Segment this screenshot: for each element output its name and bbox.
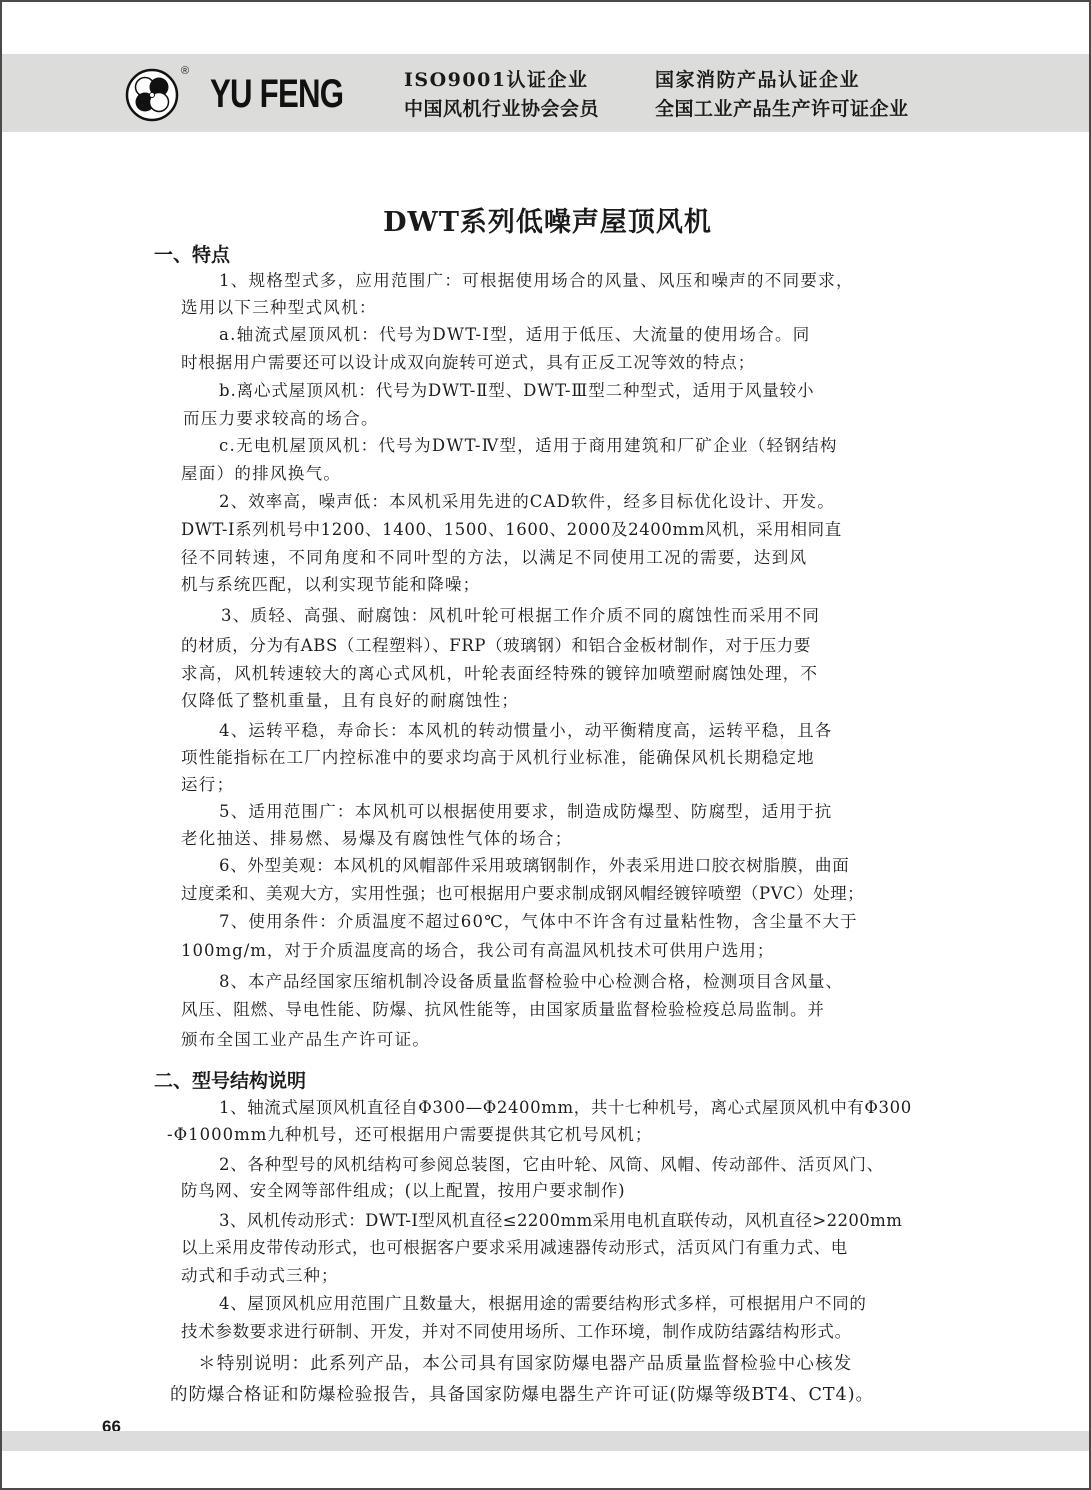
text-line: 技术参数要求进行研制、开发，并对不同使用场所、工作环境，制作成防结露结构形式。	[181, 1321, 852, 1343]
text-line: 而压力要求较高的场合。	[183, 408, 379, 430]
text-line: 过度柔和、美观大方，实用性强；也可根据用户要求制成钢风帽经镀锌喷塑（PVC）处理…	[181, 883, 864, 905]
cert-iso9001: ISO9001认证企业	[404, 68, 589, 92]
text-line: 2、效率高，噪声低：本风机采用先进的CAD软件，经多目标优化设计、开发。	[219, 491, 835, 513]
text-line: 仅降低了整机重量，且有良好的耐腐蚀性；	[181, 690, 519, 712]
text-line: 颁布全国工业产品生产许可证。	[181, 1029, 430, 1051]
text-line: 风压、阻燃、导电性能、防爆、抗风性能等，由国家质量监督检验检疫总局监制。并	[181, 999, 825, 1021]
cert-fan-association: 中国风机行业协会会员	[404, 97, 599, 121]
text-line: 防鸟网、安全网等部件组成；(以上配置，按用户要求制作)	[181, 1180, 625, 1202]
registered-mark: ®	[181, 65, 189, 77]
text-line: 求高，风机转速较大的离心式风机，叶轮表面经特殊的镀锌加喷塑耐腐蚀处理，不	[181, 663, 818, 685]
cert-production-license: 全国工业产品生产许可证企业	[655, 97, 909, 121]
text-line: 动式和手动式三种；	[181, 1265, 339, 1287]
text-line: 机与系统匹配，以利实现节能和降噪；	[181, 574, 480, 596]
text-line: 时根据用户需要还可以设计成双向旋转可逆式，具有正反工况等效的特点；	[181, 352, 755, 374]
footer-band	[2, 1431, 1089, 1451]
text-line: 的材质，分为有ABS（工程塑料）、FRP（玻璃钢）和铝合金板材制作，对于压力要	[181, 635, 811, 657]
fan-blades-icon	[125, 68, 179, 122]
page-title: DWT系列低噪声屋顶风机	[2, 200, 1091, 239]
section-heading-model-structure: 二、型号结构说明	[154, 1066, 306, 1093]
text-line: 以上采用皮带传动形式，也可根据客户要求采用减速器传动形式，活页风门有重力式、电	[181, 1237, 848, 1259]
text-line: 径不同转速，不同角度和不同叶型的方法，以满足不同使用工况的需要，达到风	[181, 547, 808, 569]
text-line: c.无电机屋顶风机：代号为DWT-Ⅳ型，适用于商用建筑和厂矿企业（轻钢结构	[219, 435, 838, 457]
text-line: 5、适用范围广：本风机可以根据使用要求，制造成防爆型、防腐型，适用于抗	[219, 801, 833, 823]
section-heading-features: 一、特点	[154, 240, 230, 267]
text-line: DWT-Ⅰ系列机号中1200、1400、1500、1600、2000及2400m…	[181, 519, 842, 541]
cert-fire-product: 国家消防产品认证企业	[655, 68, 860, 92]
text-line: 选用以下三种型式风机：	[181, 297, 377, 319]
text-line: 3、质轻、高强、耐腐蚀：风机叶轮可根据工作介质不同的腐蚀性而采用不同	[221, 605, 820, 627]
text-line: 4、屋顶风机应用范围广且数量大，根据用途的需要结构形式多样，可根据用户不同的	[219, 1293, 867, 1315]
brand-name: YU FENG	[210, 70, 343, 118]
text-line: 屋面）的排风换气。	[181, 463, 341, 485]
text-line: 6、外型美观：本风机的风帽部件采用玻璃钢制作，外表采用进口胶衣树脂膜，曲面	[219, 855, 849, 877]
text-line: 项性能指标在工厂内控标准中的要求均高于风机行业标准，能确保风机长期稳定地	[181, 747, 815, 769]
special-note-line: 的防爆合格证和防爆检验报告，具备国家防爆电器生产许可证(防爆等级BT4、CT4)…	[170, 1384, 874, 1406]
document-page: ® YU FENG ISO9001认证企业 国家消防产品认证企业 中国风机行业协…	[0, 0, 1091, 1490]
special-note-line: ＊特别说明：此系列产品，本公司具有国家防爆电器产品质量监督检验中心核发	[198, 1353, 853, 1375]
text-line: 8、本产品经国家压缩机制冷设备质量监督检验中心检测合格，检测项目含风量、	[219, 971, 843, 993]
text-line: 7、使用条件：介质温度不超过60℃，气体中不许含有过量粘性物，含尘量不大于	[219, 911, 858, 933]
text-line: 2、各种型号的风机结构可参阅总装图，它由叶轮、风筒、风帽、传动部件、活页风门、	[219, 1154, 884, 1176]
text-line: 1、规格型式多，应用范围广：可根据使用场合的风量、风压和噪声的不同要求，	[219, 270, 854, 292]
text-line: 3、风机传动形式：DWT-Ⅰ型风机直径≤2200mm采用电机直联传动，风机直径>…	[219, 1210, 902, 1232]
text-line: 老化抽送、排易燃、易爆及有腐蚀性气体的场合；	[181, 828, 573, 850]
text-line: 100mg/m，对于介质温度高的场合，我公司有高温风机技术可供用户选用；	[181, 940, 774, 962]
text-line: a.轴流式屋顶风机：代号为DWT-Ⅰ型，适用于低压、大流量的使用场合。同	[219, 324, 811, 346]
text-line: -Φ1000mm九种机号，还可根据用户需要提供其它机号风机；	[167, 1124, 652, 1146]
text-line: 4、运转平稳，寿命长：本风机的转动惯量小，动平衡精度高，运转平稳，且各	[219, 720, 833, 742]
text-line: 1、轴流式屋顶风机直径自Φ300—Φ2400mm，共十七种机号，离心式屋顶风机中…	[219, 1097, 912, 1119]
text-line: 运行；	[181, 774, 234, 796]
text-line: b.离心式屋顶风机：代号为DWT-Ⅱ型、DWT-Ⅲ型二种型式，适用于风量较小	[219, 380, 814, 402]
